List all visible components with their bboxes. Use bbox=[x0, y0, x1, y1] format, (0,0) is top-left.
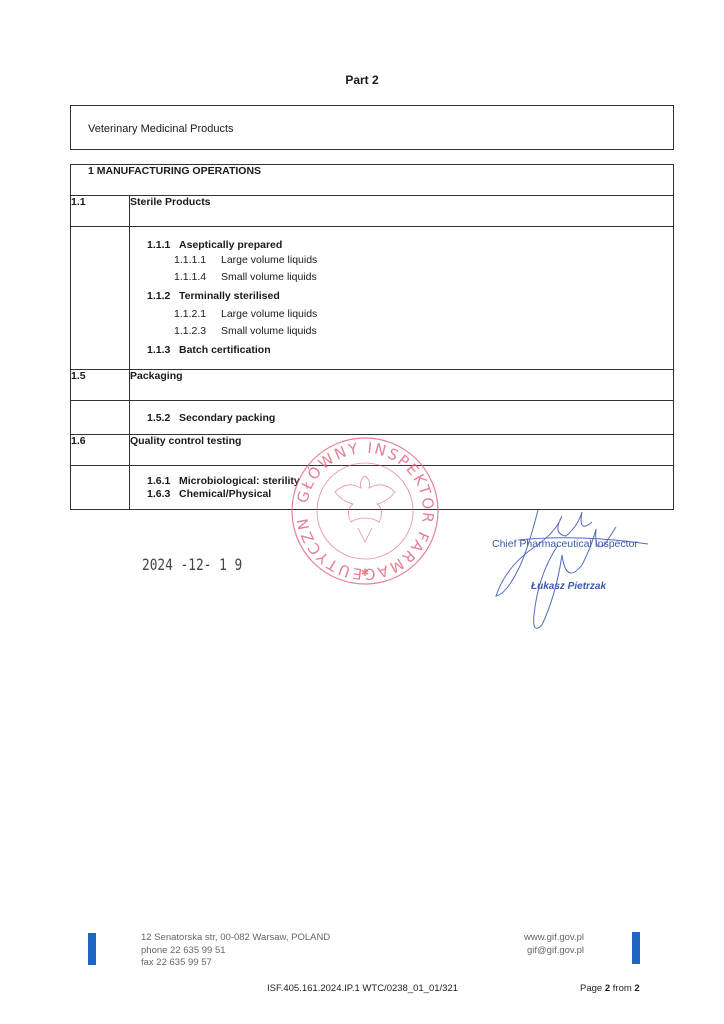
page-sep: from bbox=[613, 983, 632, 994]
group-title: Chemical/Physical bbox=[179, 488, 271, 500]
operations-header: 1 MANUFACTURING OPERATIONS bbox=[71, 165, 674, 196]
category-box: Veterinary Medicinal Products bbox=[70, 105, 674, 150]
category-label: Veterinary Medicinal Products bbox=[88, 123, 234, 135]
section-title: Sterile Products bbox=[130, 196, 674, 227]
page-number: Page 2 from 2 bbox=[580, 983, 640, 994]
part-title: Part 2 bbox=[0, 73, 724, 87]
section-code: 1.6 bbox=[71, 435, 130, 466]
group-row: 1.1.3Batch certification bbox=[147, 340, 673, 360]
section-details: 1.5.2Secondary packing bbox=[130, 401, 674, 435]
svg-text:✱: ✱ bbox=[361, 568, 369, 579]
empty-cell bbox=[71, 401, 130, 435]
item-row: 1.1.1.4Small volume liquids bbox=[147, 269, 673, 286]
footer-fax: fax 22 635 99 57 bbox=[141, 957, 330, 970]
item-label: Large volume liquids bbox=[221, 254, 317, 266]
footer-accent-bar-right bbox=[632, 932, 640, 964]
empty-cell bbox=[71, 227, 130, 370]
group-code: 1.6.3 bbox=[147, 488, 179, 501]
section-title: Packaging bbox=[130, 370, 674, 401]
footer-address: 12 Senatorska str, 00-082 Warsaw, POLAND bbox=[141, 932, 330, 945]
footer-web: www.gif.gov.pl gif@gif.gov.pl bbox=[524, 932, 584, 957]
page-current: 2 bbox=[605, 983, 610, 994]
item-code: 1.1.1.1 bbox=[174, 252, 221, 269]
date-stamp: 2024 -12- 1 9 bbox=[142, 555, 242, 574]
signatory-title: Chief Pharmaceutical Inspector bbox=[492, 538, 638, 550]
footer-email-link[interactable]: gif@gif.gov.pl bbox=[524, 945, 584, 958]
section-code: 1.1 bbox=[71, 196, 130, 227]
item-label: Large volume liquids bbox=[221, 308, 317, 320]
footer-website-link[interactable]: www.gif.gov.pl bbox=[524, 932, 584, 945]
group-code: 1.5.2 bbox=[147, 412, 179, 424]
footer-accent-bar-left bbox=[88, 933, 96, 965]
signatory-name: Łukasz Pietrzak bbox=[531, 581, 606, 592]
item-code: 1.1.2.3 bbox=[174, 323, 221, 340]
group-row: 1.5.2Secondary packing bbox=[147, 412, 673, 424]
group-code: 1.1.2 bbox=[147, 286, 179, 306]
group-title: Aseptically prepared bbox=[179, 239, 282, 251]
footer-contact: 12 Senatorska str, 00-082 Warsaw, POLAND… bbox=[141, 932, 330, 970]
group-code: 1.6.1 bbox=[147, 475, 179, 488]
group-row: 1.1.1Aseptically prepared bbox=[147, 238, 673, 252]
group-code: 1.1.3 bbox=[147, 340, 179, 360]
group-row: 1.1.2Terminally sterilised bbox=[147, 286, 673, 306]
item-row: 1.1.2.3Small volume liquids bbox=[147, 323, 673, 340]
item-row: 1.1.1.1Large volume liquids bbox=[147, 252, 673, 269]
group-code: 1.1.1 bbox=[147, 238, 179, 252]
item-label: Small volume liquids bbox=[221, 271, 317, 283]
document-reference: ISF.405.161.2024.IP.1 WTC/0238_01_01/321 bbox=[267, 983, 458, 994]
signature-icon bbox=[488, 505, 658, 635]
official-seal-icon: GŁÓWNY INSPEKTOR FARMACEUTYCZNY ✱ bbox=[290, 436, 440, 586]
footer-phone: phone 22 635 99 51 bbox=[141, 945, 330, 958]
item-row: 1.1.2.1Large volume liquids bbox=[147, 306, 673, 323]
section-details: 1.1.1Aseptically prepared 1.1.1.1Large v… bbox=[130, 227, 674, 370]
page-total: 2 bbox=[634, 983, 639, 994]
item-label: Small volume liquids bbox=[221, 325, 317, 337]
group-title: Terminally sterilised bbox=[179, 290, 280, 302]
group-title: Secondary packing bbox=[179, 412, 275, 424]
section-code: 1.5 bbox=[71, 370, 130, 401]
group-title: Microbiological: sterility bbox=[179, 475, 300, 487]
item-code: 1.1.1.4 bbox=[174, 269, 221, 286]
empty-cell bbox=[71, 466, 130, 510]
page-prefix: Page bbox=[580, 983, 602, 994]
group-title: Batch certification bbox=[179, 344, 271, 356]
item-code: 1.1.2.1 bbox=[174, 306, 221, 323]
